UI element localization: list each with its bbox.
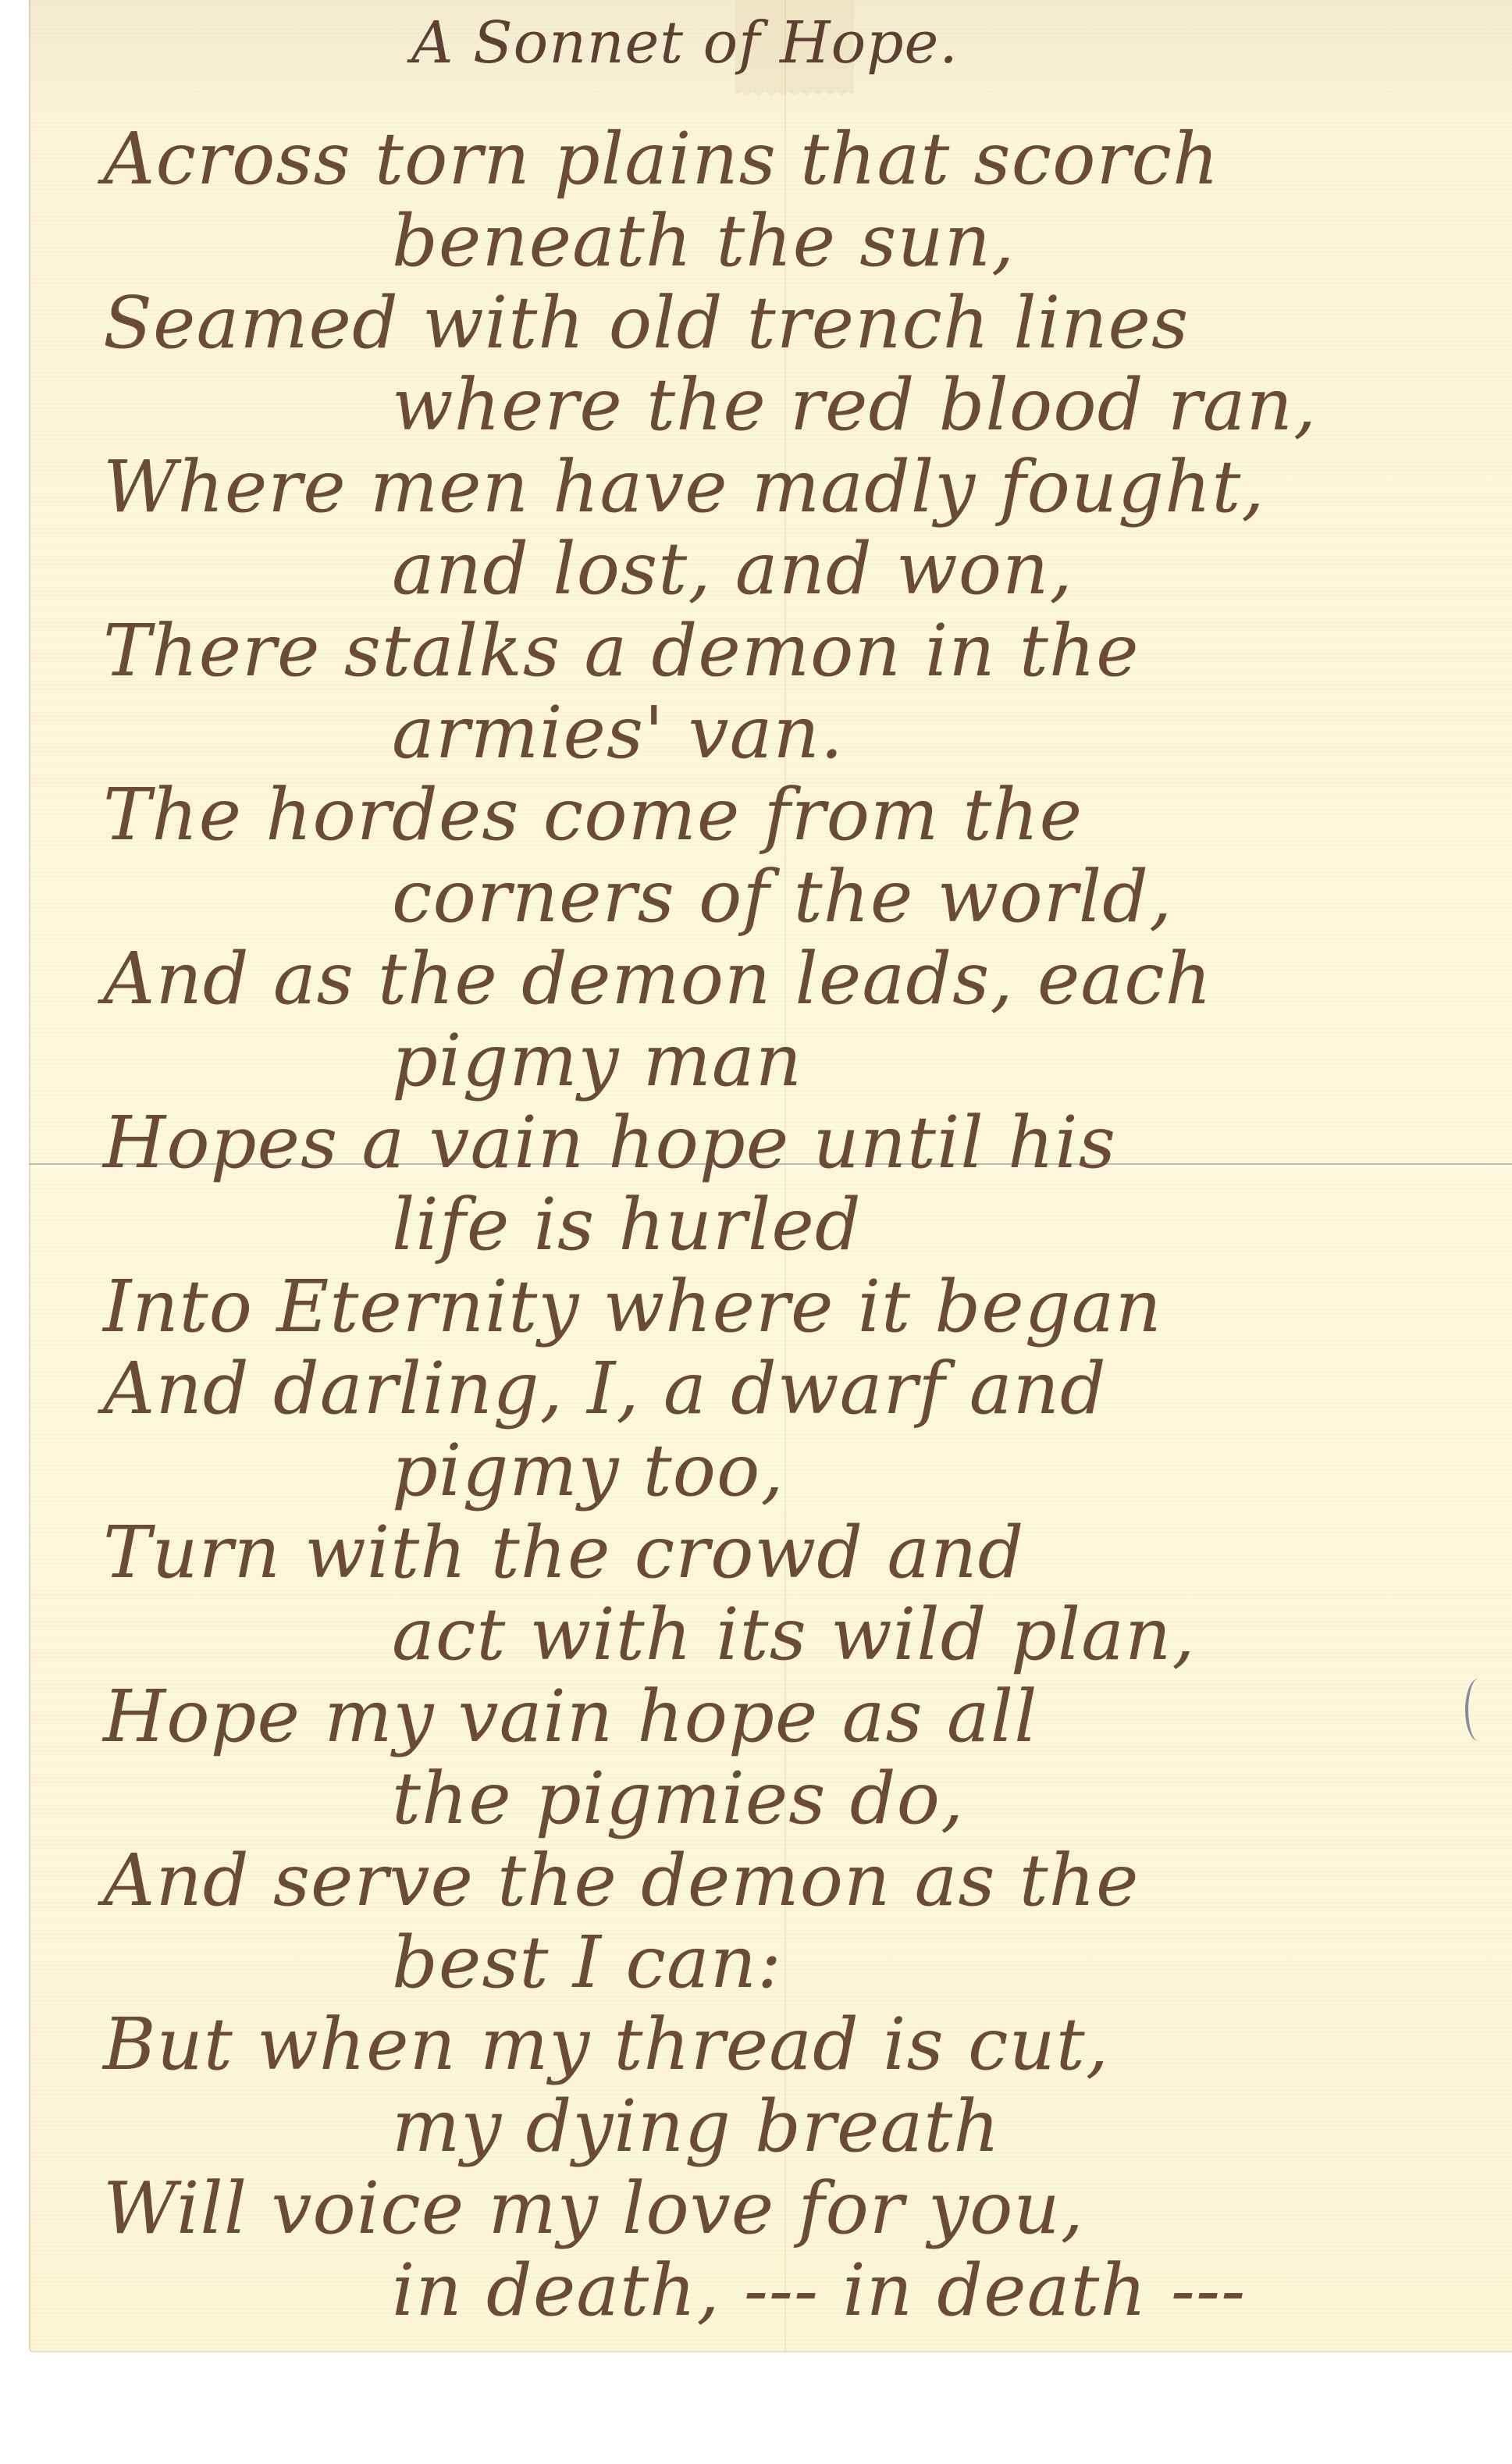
poem-line: And serve the demon as the [103,1839,1139,1922]
poem-line: Hope my vain hope as all [103,1675,1038,1758]
poem-line: Hopes a vain hope until his [103,1101,1116,1184]
poem-line: Turn with the crowd and [103,1511,1024,1594]
poem-line: There stalks a demon in the [103,609,1140,693]
poem-line: The hordes come from the [103,773,1083,856]
poem-line: Will voice my love for you, [103,2167,1084,2250]
poem-title: A Sonnet of Hope. [411,9,959,77]
poem-line: where the red blood ran, [392,363,1317,447]
poem-line: and lost, and won, [392,527,1073,611]
poem-line: best I can: [392,1921,782,2004]
poem-line: armies' van. [392,691,844,774]
poem-line: Seamed with old trench lines [103,281,1189,365]
poem-line: beneath the sun, [392,199,1015,283]
poem-line: corners of the world, [392,855,1172,938]
poem-line: act with its wild plan, [392,1593,1195,1676]
letter-paper: A Sonnet of Hope. Across torn plains tha… [29,0,1512,2352]
poem-line: pigmy too, [392,1429,784,1512]
poem-line: my dying breath [392,2085,1001,2168]
poem-line: Across torn plains that scorch [103,117,1219,201]
poem-line: life is hurled [392,1183,862,1266]
poem-line: Where men have madly fought, [103,445,1265,529]
poem-line: Into Eternity where it began [103,1265,1162,1348]
poem-line: But when my thread is cut, [103,2003,1109,2086]
poem-line: the pigmies do, [392,1757,964,1840]
ink-correction-mark [1465,1679,1492,1741]
poem-line: pigmy man [392,1019,802,1102]
poem-line: And as the demon leads, each [103,937,1212,1020]
poem-line: in death, --- in death --- [392,2249,1246,2332]
poem-line: And darling, I, a dwarf and [103,1347,1107,1430]
